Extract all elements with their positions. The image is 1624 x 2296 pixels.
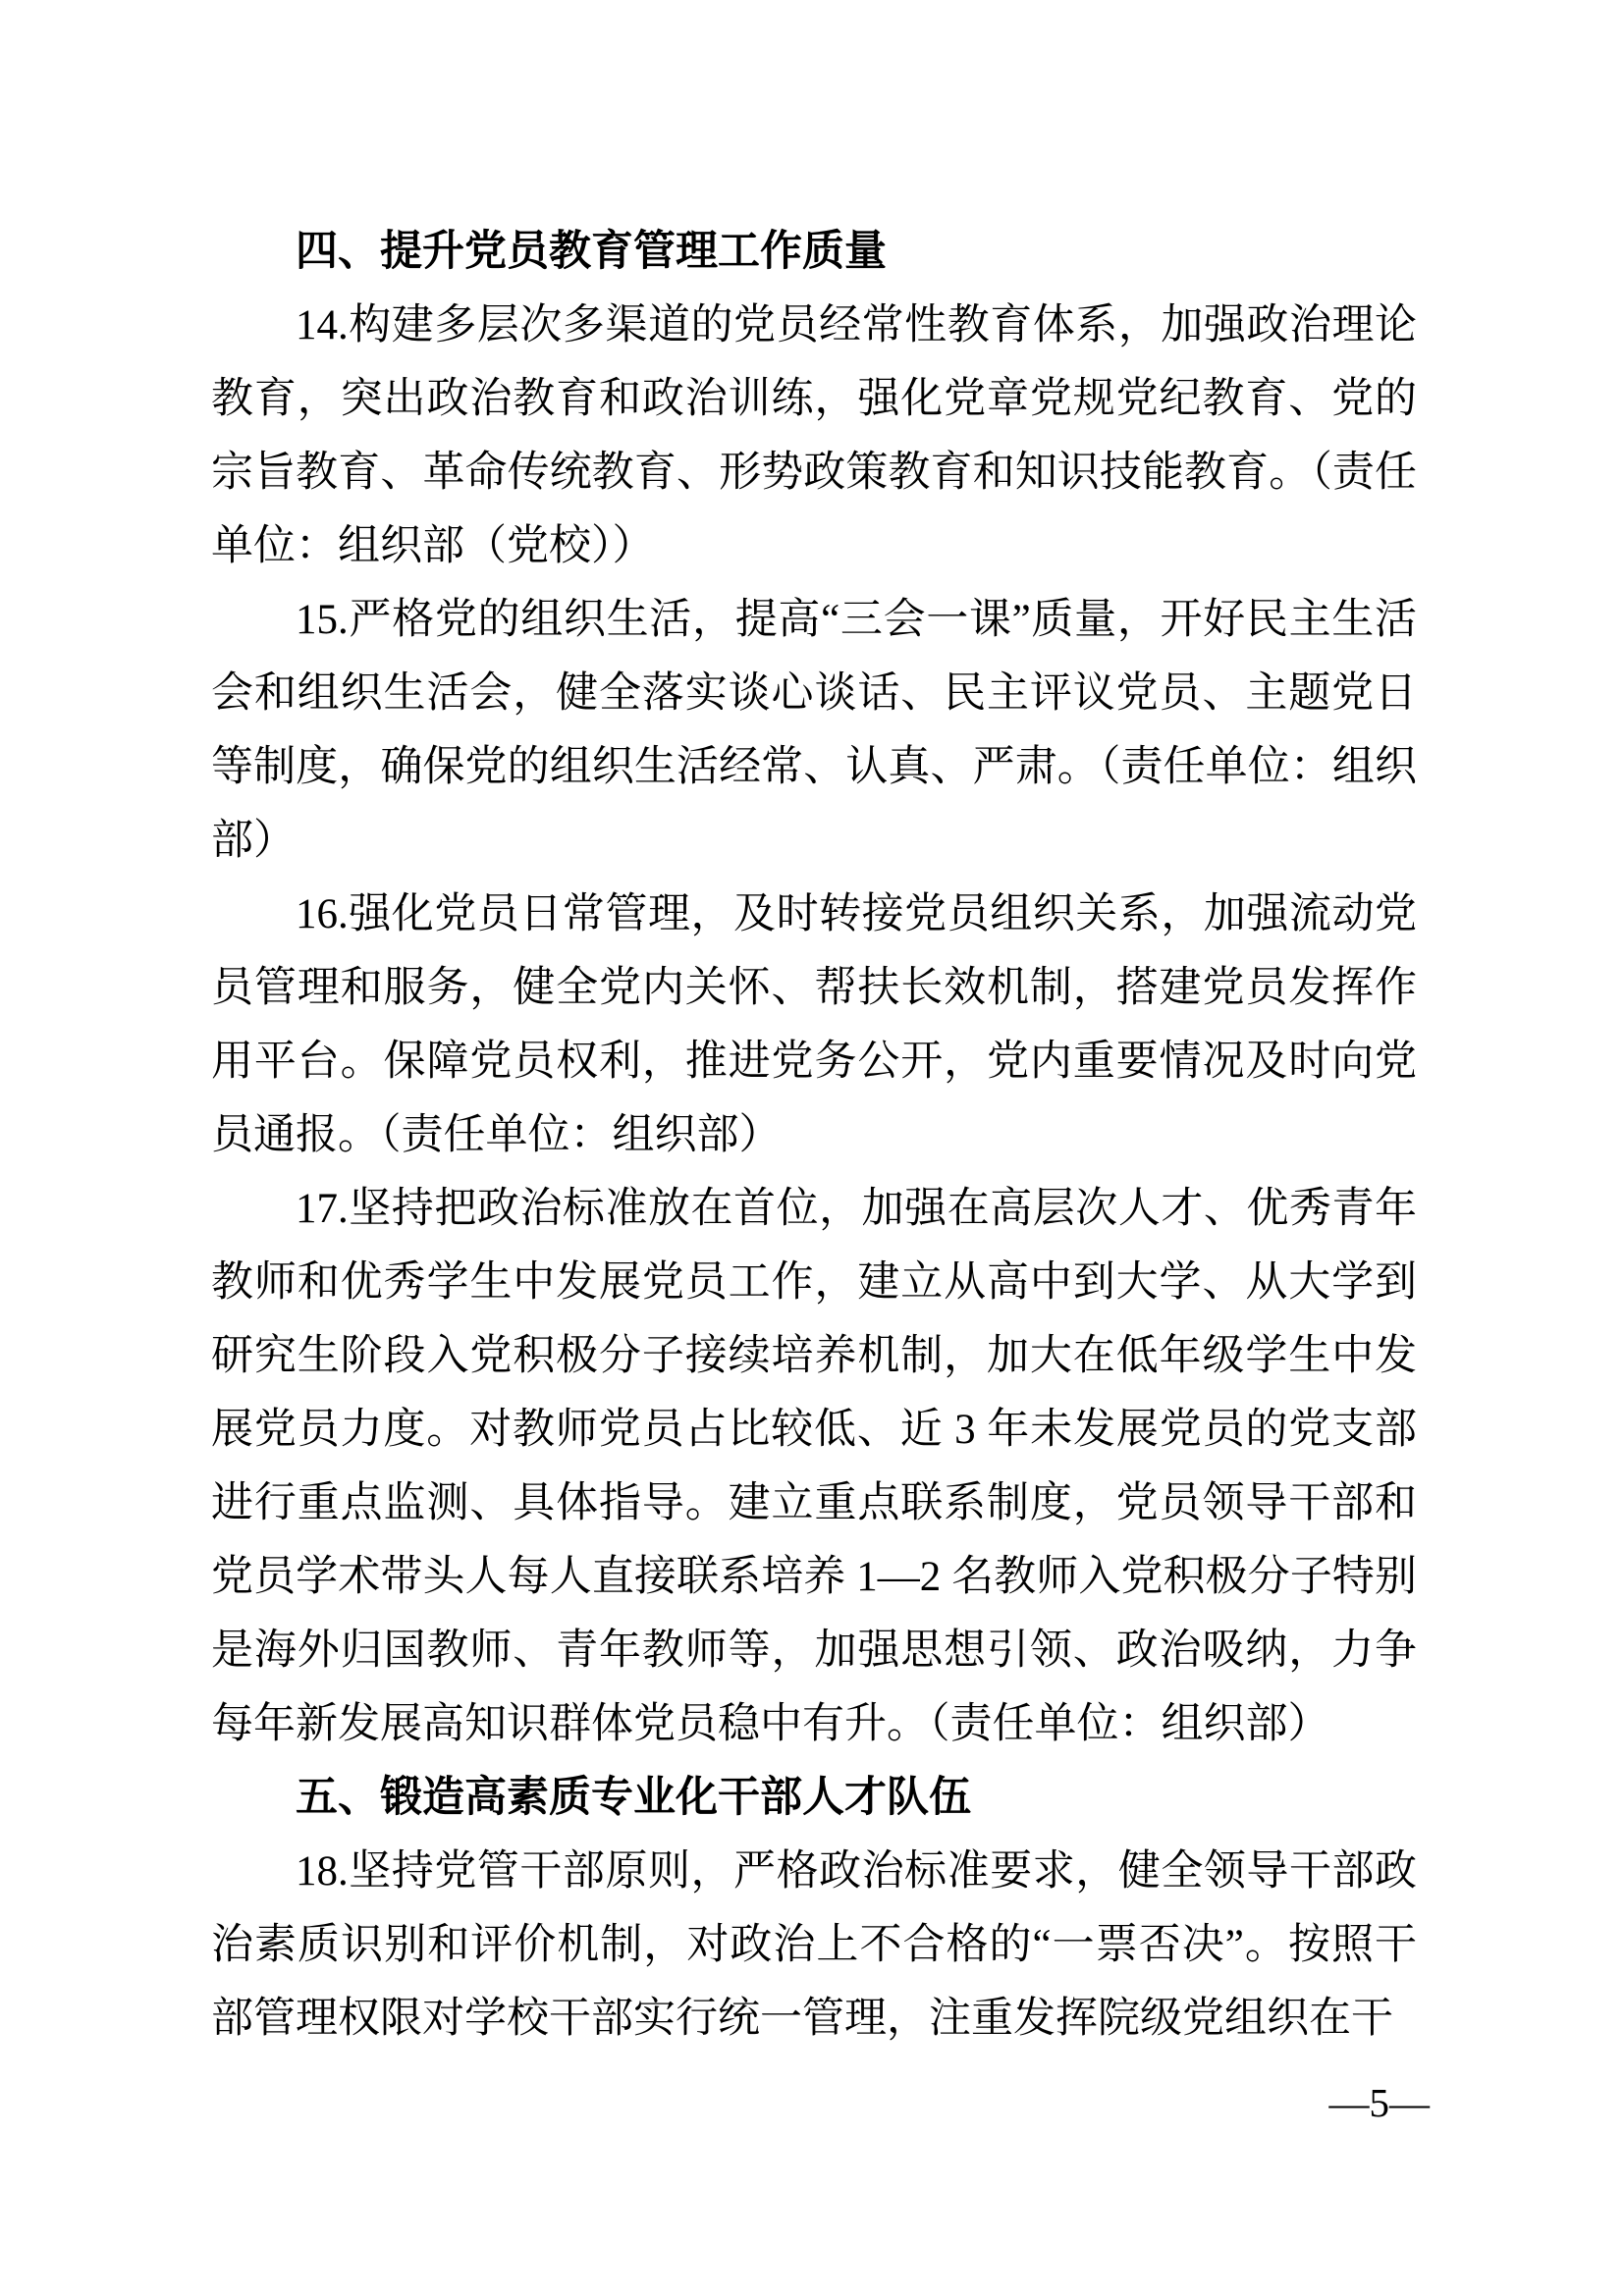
document-body: 四、提升党员教育管理工作质量 14.构建多层次多渠道的党员经常性教育体系，加强政… [211,215,1417,2056]
paragraph-15: 15.严格党的组织生活，提高“三会一课”质量，开好民主生活会和组织生活会，健全落… [211,583,1417,878]
paragraph-17: 17.坚持把政治标准放在首位，加强在高层次人才、优秀青年教师和优秀学生中发展党员… [211,1172,1417,1761]
page-number: —5— [1329,2079,1431,2126]
paragraph-14: 14.构建多层次多渠道的党员经常性教育体系，加强政治理论教育，突出政治教育和政治… [211,289,1417,583]
section-heading-4: 四、提升党员教育管理工作质量 [211,215,1417,289]
document-page: 四、提升党员教育管理工作质量 14.构建多层次多渠道的党员经常性教育体系，加强政… [0,0,1624,2296]
section-heading-5: 五、锻造高素质专业化干部人才队伍 [211,1761,1417,1835]
paragraph-18: 18.坚持党管干部原则，严格政治标准要求，健全领导干部政治素质识别和评价机制，对… [211,1835,1417,2056]
paragraph-16: 16.强化党员日常管理，及时转接党员组织关系，加强流动党员管理和服务，健全党内关… [211,878,1417,1172]
